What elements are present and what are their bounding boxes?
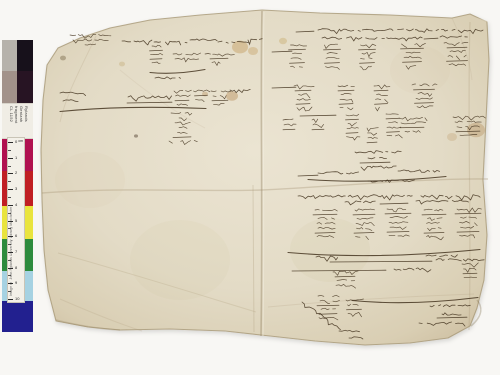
ruler-number: 4 xyxy=(15,203,17,207)
ruler-tick xyxy=(8,205,13,206)
ruler-number: 8 xyxy=(15,266,17,270)
grayscale-patch-black xyxy=(17,40,33,71)
paper-stain xyxy=(447,133,457,141)
grayscale-patch-warm-gray xyxy=(2,71,17,103)
ruler-tick xyxy=(8,142,13,143)
ruler-tick xyxy=(8,213,11,214)
ruler-number: 5 xyxy=(15,219,17,223)
ruler-tick xyxy=(8,181,11,182)
paper-stain xyxy=(390,46,450,94)
color-patch-dark-blue xyxy=(2,301,33,332)
ruler-tick xyxy=(8,189,13,190)
ruler-unit-label: cm xyxy=(18,139,23,143)
paper-stain xyxy=(279,38,287,44)
manuscript-photo xyxy=(0,0,500,375)
crease-line xyxy=(263,12,264,336)
ruler-number: 9 xyxy=(15,281,17,285)
ruler-number: 2 xyxy=(15,171,17,175)
ruler-tick xyxy=(8,260,11,261)
ruler-tick xyxy=(8,275,11,276)
ruler-number: 6 xyxy=(15,234,17,238)
ruler-tick xyxy=(8,283,13,284)
digitized-manuscript-scan: RylandsGenizahfragmentCL 1152 cm Image ©… xyxy=(0,0,500,375)
ruler-tick xyxy=(8,158,13,159)
target-label-text: RylandsGenizahfragmentCL 1152 xyxy=(9,106,29,123)
target-label-line: Rylands xyxy=(24,106,29,123)
paper-stain xyxy=(55,152,125,208)
grayscale-row xyxy=(2,71,33,103)
paper-stain xyxy=(60,56,66,61)
grayscale-patch-light-gray xyxy=(2,40,17,71)
grayscale-row xyxy=(2,40,33,71)
target-label-line: CL 1152 xyxy=(9,106,14,123)
target-label-line: Genizah xyxy=(19,106,24,123)
ruler-number: 3 xyxy=(15,187,17,191)
ruler-number: 7 xyxy=(15,250,17,254)
paper-stain xyxy=(290,218,370,282)
ruler: cm Image © John Rylands University Libra… xyxy=(7,137,25,303)
ruler-tick xyxy=(8,252,13,253)
ruler-tick xyxy=(8,173,13,174)
target-label: RylandsGenizahfragmentCL 1152 xyxy=(2,103,33,139)
ruler-tick xyxy=(8,197,11,198)
ruler-tick xyxy=(8,299,13,300)
ruler-tick xyxy=(8,228,11,229)
ruler-tick xyxy=(8,150,11,151)
paper-stain xyxy=(134,134,138,137)
ruler-tick xyxy=(8,268,13,269)
paper-stain xyxy=(130,220,230,300)
ruler-tick xyxy=(8,166,11,167)
ruler-number: 10 xyxy=(15,297,19,301)
ruler-tick xyxy=(8,236,13,237)
target-label-line: fragment xyxy=(14,106,19,123)
ruler-tick xyxy=(8,244,11,245)
ruler-tick xyxy=(8,291,11,292)
grayscale-patch-dark-maroon xyxy=(17,71,33,103)
ruler-number: 0 xyxy=(15,140,17,144)
crease-line xyxy=(261,11,262,336)
paper-stain xyxy=(119,62,125,67)
ruler-tick xyxy=(8,221,13,222)
ruler-number: 1 xyxy=(15,156,17,160)
paper-stain xyxy=(248,47,258,55)
